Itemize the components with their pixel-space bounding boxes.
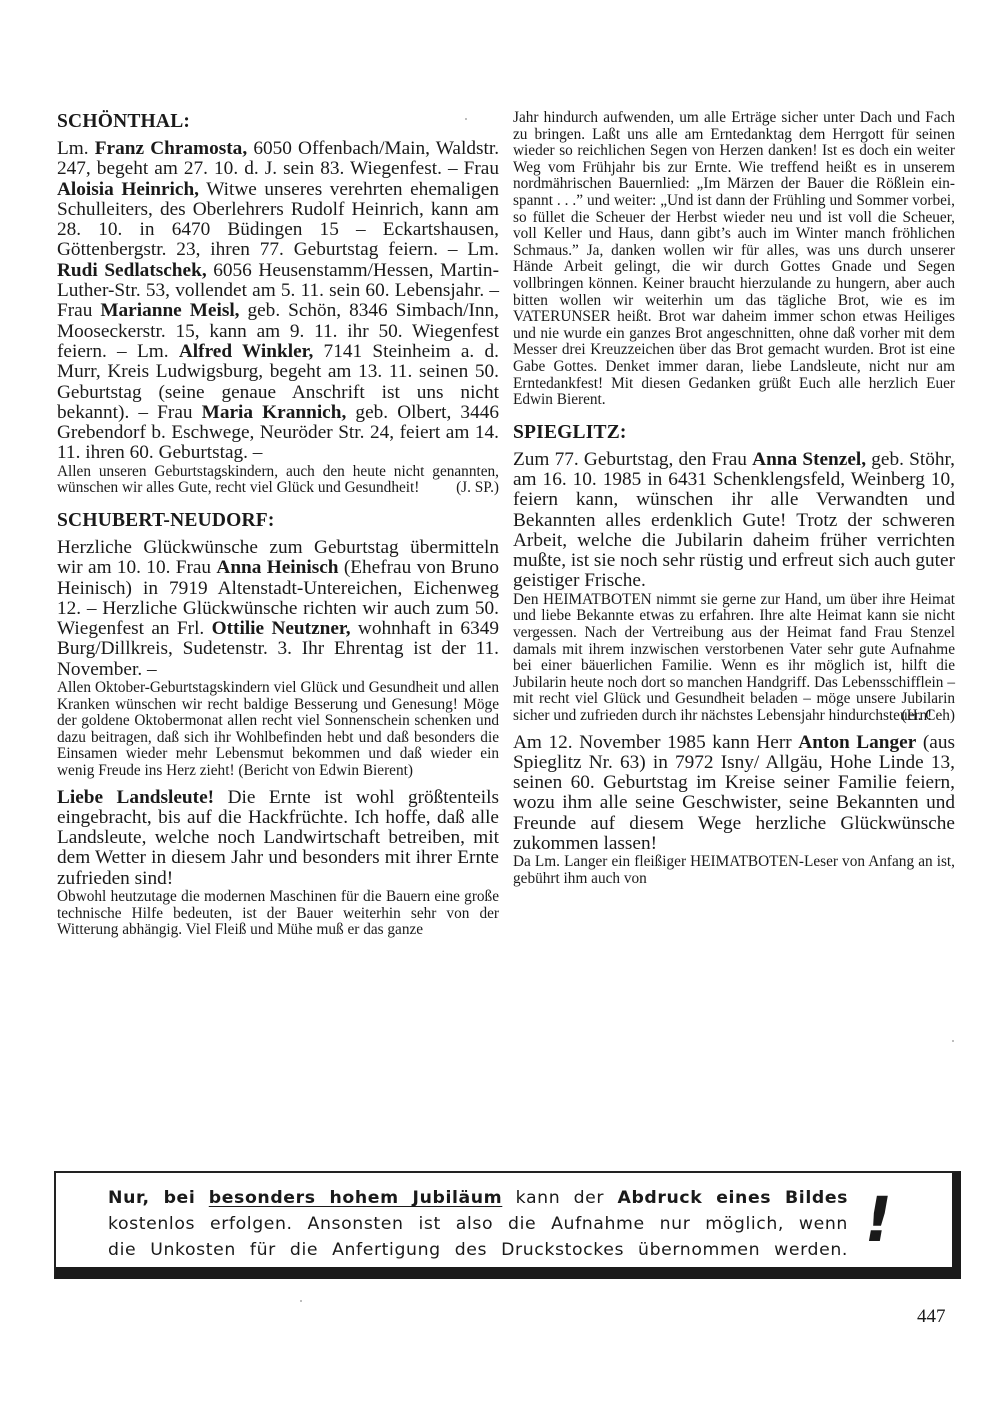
birthday-announcements: Herzliche Glückwünsche zum Geburtstag üb… [57, 538, 499, 680]
stenzel-details: Den HEIMATBOTEN nimmt sie gerne zur Hand… [513, 592, 955, 725]
author-signature: (H. Ceh) [901, 707, 955, 724]
scan-speck [465, 118, 467, 120]
birthday-announcement-langer: Am 12. November 1985 kann Herr Anton Lan… [513, 733, 955, 855]
person-name: Rudi Sedlatschek, [57, 260, 207, 281]
harvest-intro: Liebe Landsleute! Die Ernte ist wohl grö… [57, 788, 499, 889]
person-name: Anton Langer [798, 732, 916, 753]
left-column: SCHÖNTHAL: Lm. Franz Chramosta, 6050 Off… [57, 110, 499, 939]
section-heading: SPIEGLITZ: [513, 421, 955, 445]
birthday-announcement-stenzel: Zum 77. Geburtstag, den Frau Anna Stenze… [513, 450, 955, 592]
section-schoenthal: SCHÖNTHAL: Lm. Franz Chramosta, 6050 Off… [57, 110, 499, 497]
birthday-announcements: Lm. Franz Chramosta, 6050 Offenbach/Main… [57, 139, 499, 464]
langer-details: Da Lm. Langer ein fleißiger HEIMATBOTEN-… [513, 854, 955, 887]
scan-speck [300, 1300, 302, 1302]
person-name: Franz Chramosta, [95, 138, 247, 159]
author-signature: (J. SP.) [456, 479, 499, 496]
person-name: Ma­rianne Meisl, [100, 300, 239, 321]
harvest-continuation: Jahr hindurch aufwenden, um alle Erträge… [513, 110, 955, 409]
person-name: Anna Hei­nisch [216, 557, 338, 578]
section-harvest-letter: Liebe Landsleute! Die Ernte ist wohl grö… [57, 788, 499, 939]
closing-wishes: Allen Oktober-Geburtstagskindern viel Gl… [57, 680, 499, 780]
right-column: Jahr hindurch aufwenden, um alle Erträge… [513, 110, 955, 887]
section-schubert-neudorf: SCHUBERT-NEUDORF: Herzliche Glückwünsche… [57, 509, 499, 780]
salutation: Liebe Landsleute! [57, 787, 214, 808]
harvest-body: Obwohl heutzutage die modernen Maschinen… [57, 889, 499, 939]
section-heading: SCHUBERT-NEUDORF: [57, 509, 499, 533]
person-name: Ottilie Neutzner, [212, 618, 351, 639]
section-heading: SCHÖNTHAL: [57, 110, 499, 134]
closing-wishes: Allen unseren Geburtstagskindern, auch d… [57, 464, 499, 497]
person-name: Alfred Winkler, [179, 341, 313, 362]
page-number: 447 [917, 1306, 946, 1328]
person-name: Maria Krannich, [202, 402, 347, 423]
section-spieglitz: SPIEGLITZ: Zum 77. Geburtstag, den Frau … [513, 421, 955, 888]
notice-text: Nur, bei besonders hohem Jubiläum kann d… [108, 1185, 848, 1263]
exclamation-icon: ! [857, 1181, 899, 1259]
notice-emphasis: besonders hohem Jubiläum [209, 1188, 503, 1208]
person-name: Anna Stenzel, [752, 449, 866, 470]
person-name: Aloisia Heinrich, [57, 179, 199, 200]
scan-speck [952, 1040, 954, 1042]
magazine-page: SCHÖNTHAL: Lm. Franz Chramosta, 6050 Off… [0, 0, 1000, 1413]
notice-box: Nur, bei besonders hohem Jubiläum kann d… [54, 1171, 961, 1279]
